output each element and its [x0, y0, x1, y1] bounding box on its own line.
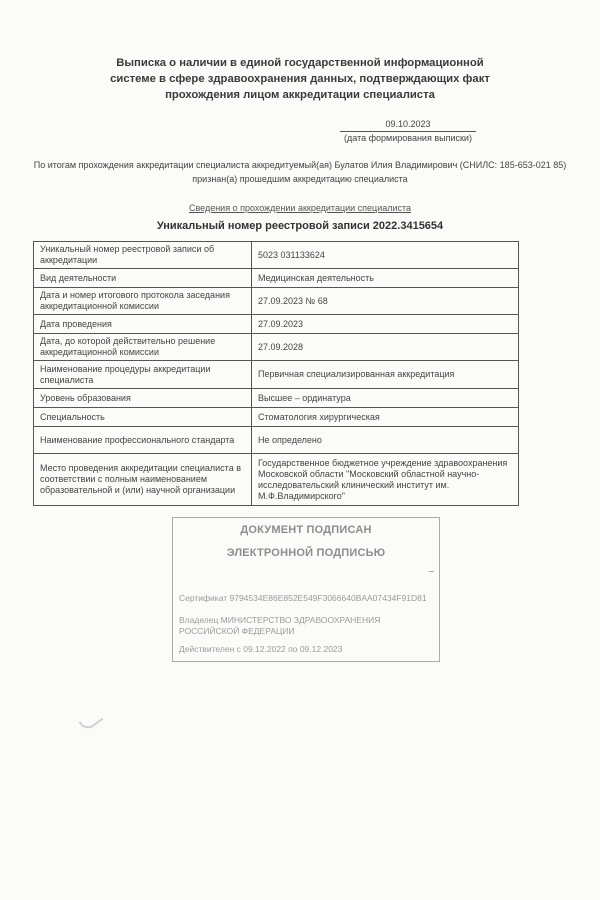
row-label: Наименование профессионального стандарта — [34, 427, 252, 454]
electronic-signature-stamp: ДОКУМЕНТ ПОДПИСАН ЭЛЕКТРОННОЙ ПОДПИСЬЮ С… — [172, 517, 440, 662]
title-line-1: Выписка о наличии в единой государственн… — [100, 55, 500, 71]
row-label: Специальность — [34, 408, 252, 427]
row-label: Дата, до которой действительно решение а… — [34, 334, 252, 361]
stamp-validity: Действителен с 09.12.2022 по 09.12.2023 — [179, 644, 342, 655]
row-label: Уникальный номер реестровой записи об ак… — [34, 242, 252, 269]
stamp-heading-1: ДОКУМЕНТ ПОДПИСАН — [173, 524, 439, 536]
table-row: Уникальный номер реестровой записи об ак… — [34, 242, 519, 269]
pen-mark — [79, 710, 104, 732]
row-value: Государственное бюджетное учреждение здр… — [252, 454, 519, 506]
stamp-owner: Владелец МИНИСТЕРСТВО ЗДРАВООХРАНЕНИЯ РО… — [179, 615, 441, 637]
stamp-mark — [429, 571, 434, 572]
row-value: 27.09.2023 № 68 — [252, 288, 519, 315]
row-value: Не определено — [252, 427, 519, 454]
document-title: Выписка о наличии в единой государственн… — [100, 55, 500, 103]
title-line-2: системе в сфере здравоохранения данных, … — [100, 71, 500, 87]
row-label: Уровень образования — [34, 389, 252, 408]
table-row: Наименование процедуры аккредитации спец… — [34, 361, 519, 389]
row-value: Высшее – ординатура — [252, 389, 519, 408]
table-row: Уровень образования Высшее – ординатура — [34, 389, 519, 408]
row-label: Дата и номер итогового протокола заседан… — [34, 288, 252, 315]
title-line-3: прохождения лицом аккредитации специалис… — [100, 87, 500, 103]
table-row: Дата проведения 27.09.2023 — [34, 315, 519, 334]
row-label: Дата проведения — [34, 315, 252, 334]
issue-date-block: 09.10.2023 (дата формирования выписки) — [340, 119, 476, 144]
row-label: Вид деятельности — [34, 269, 252, 288]
registry-number-title: Уникальный номер реестровой записи 2022.… — [120, 220, 480, 232]
stamp-heading-2: ЭЛЕКТРОННОЙ ПОДПИСЬЮ — [173, 547, 439, 559]
section-heading: Сведения о прохождении аккредитации спец… — [150, 203, 450, 213]
row-label: Наименование процедуры аккредитации спец… — [34, 361, 252, 389]
row-value: Первичная специализированная аккредитаци… — [252, 361, 519, 389]
row-value: 5023 031133624 — [252, 242, 519, 269]
table-row: Дата и номер итогового протокола заседан… — [34, 288, 519, 315]
row-label: Место проведения аккредитации специалист… — [34, 454, 252, 506]
issue-date-label: (дата формирования выписки) — [340, 132, 476, 144]
stamp-certificate: Сертификат 9794534E86E852E549F3066640BAA… — [179, 593, 427, 604]
table-row: Наименование профессионального стандарта… — [34, 427, 519, 454]
row-value: 27.09.2023 — [252, 315, 519, 334]
table-row: Специальность Стоматология хирургическая — [34, 408, 519, 427]
row-value: Медицинская деятельность — [252, 269, 519, 288]
issue-date: 09.10.2023 — [340, 119, 476, 132]
row-value: 27.09.2028 — [252, 334, 519, 361]
table-row: Место проведения аккредитации специалист… — [34, 454, 519, 506]
accreditation-table: Уникальный номер реестровой записи об ак… — [33, 241, 519, 506]
intro-paragraph: По итогам прохождения аккредитации специ… — [25, 158, 575, 186]
table-row: Дата, до которой действительно решение а… — [34, 334, 519, 361]
table-row: Вид деятельности Медицинская деятельност… — [34, 269, 519, 288]
row-value: Стоматология хирургическая — [252, 408, 519, 427]
